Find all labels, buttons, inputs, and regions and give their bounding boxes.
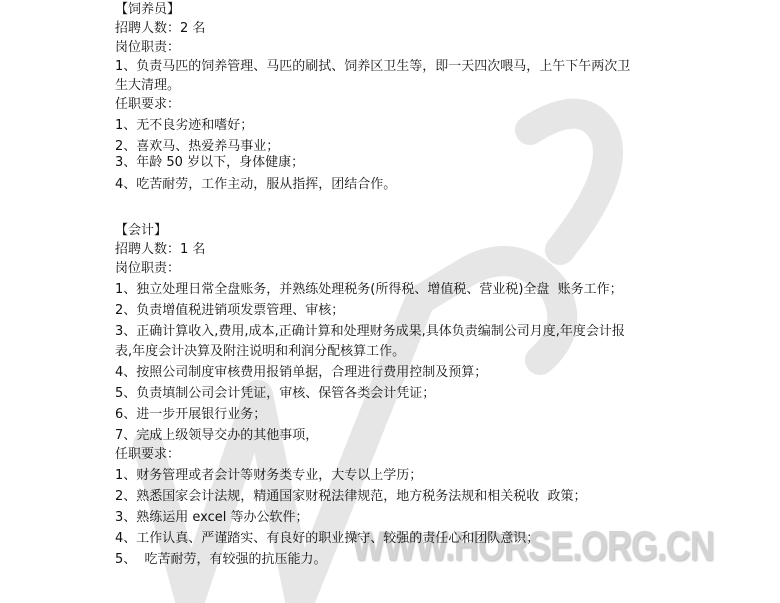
- job-posting-document: 【饲养员】 招聘人数：2 名 岗位职责： 1、负责马匹的饲养管理、马匹的刷拭、饲…: [115, 0, 695, 569]
- section-title: 【会计】: [115, 221, 695, 240]
- section-spacer: [115, 194, 695, 217]
- section-breeder: 【饲养员】 招聘人数：2 名 岗位职责： 1、负责马匹的饲养管理、马匹的刷拭、饲…: [115, 0, 695, 194]
- duty-item-continued: 生大清理。: [115, 76, 695, 95]
- duty-item-continued: 表,年度会计决算及附注说明和利润分配核算工作。: [115, 342, 695, 361]
- headcount-row: 招聘人数：2 名: [115, 19, 695, 38]
- duty-item: 4、按照公司制度审核费用报销单据，合理进行费用控制及预算；: [115, 363, 695, 382]
- requirement-item: 4、吃苦耐劳，工作主动，服从指挥，团结合作。: [115, 175, 695, 194]
- requirement-item: 2、喜欢马、热爱养马事业；: [115, 137, 695, 153]
- section-title: 【饲养员】: [115, 0, 695, 19]
- duty-item: 1、独立处理日常全盘账务，并熟练处理税务(所得税、增值税、营业税)全盘 账务工作…: [115, 280, 695, 299]
- duty-item: 5、负责填制公司会计凭证，审核、保管各类会计凭证；: [115, 384, 695, 403]
- duty-item: 1、负责马匹的饲养管理、马匹的刷拭、饲养区卫生等，即一天四次喂马，上午下午两次卫: [115, 57, 695, 76]
- requirement-item: 2、熟悉国家会计法规，精通国家财税法律规范，地方税务法规和相关税收 政策；: [115, 487, 695, 506]
- headcount-label: 招聘人数：: [115, 21, 180, 36]
- section-accountant: 【会计】 招聘人数：1 名 岗位职责： 1、独立处理日常全盘账务，并熟练处理税务…: [115, 221, 695, 569]
- duty-item: 2、负责增值税进销项发票管理、审核；: [115, 301, 695, 320]
- duties-label: 岗位职责：: [115, 259, 695, 278]
- requirement-item: 3、年龄 50 岁以下，身体健康；: [115, 153, 695, 173]
- requirements-label: 任职要求：: [115, 95, 695, 114]
- duty-item: 6、进一步开展银行业务；: [115, 405, 695, 424]
- requirement-item: 1、无不良劣迹和嗜好；: [115, 116, 695, 135]
- headcount-value: 1 名: [180, 242, 205, 257]
- requirement-item: 5、 吃苦耐劳，有较强的抗压能力。: [115, 550, 695, 569]
- duty-item: 3、正确计算收入,费用,成本,正确计算和处理财务成果,具体负责编制公司月度,年度…: [115, 322, 695, 341]
- requirement-item: 3、熟练运用 excel 等办公软件；: [115, 508, 695, 527]
- headcount-label: 招聘人数：: [115, 242, 180, 257]
- headcount-value: 2 名: [180, 21, 205, 36]
- requirement-item: 1、财务管理或者会计等财务类专业，大专以上学历；: [115, 466, 695, 485]
- headcount-row: 招聘人数：1 名: [115, 240, 695, 259]
- duties-label: 岗位职责：: [115, 38, 695, 57]
- duty-item: 7、完成上级领导交办的其他事项，: [115, 426, 695, 445]
- requirement-item: 4、工作认真、严谨踏实、有良好的职业操守、较强的责任心和团队意识；: [115, 529, 695, 548]
- requirements-label: 任职要求：: [115, 445, 695, 464]
